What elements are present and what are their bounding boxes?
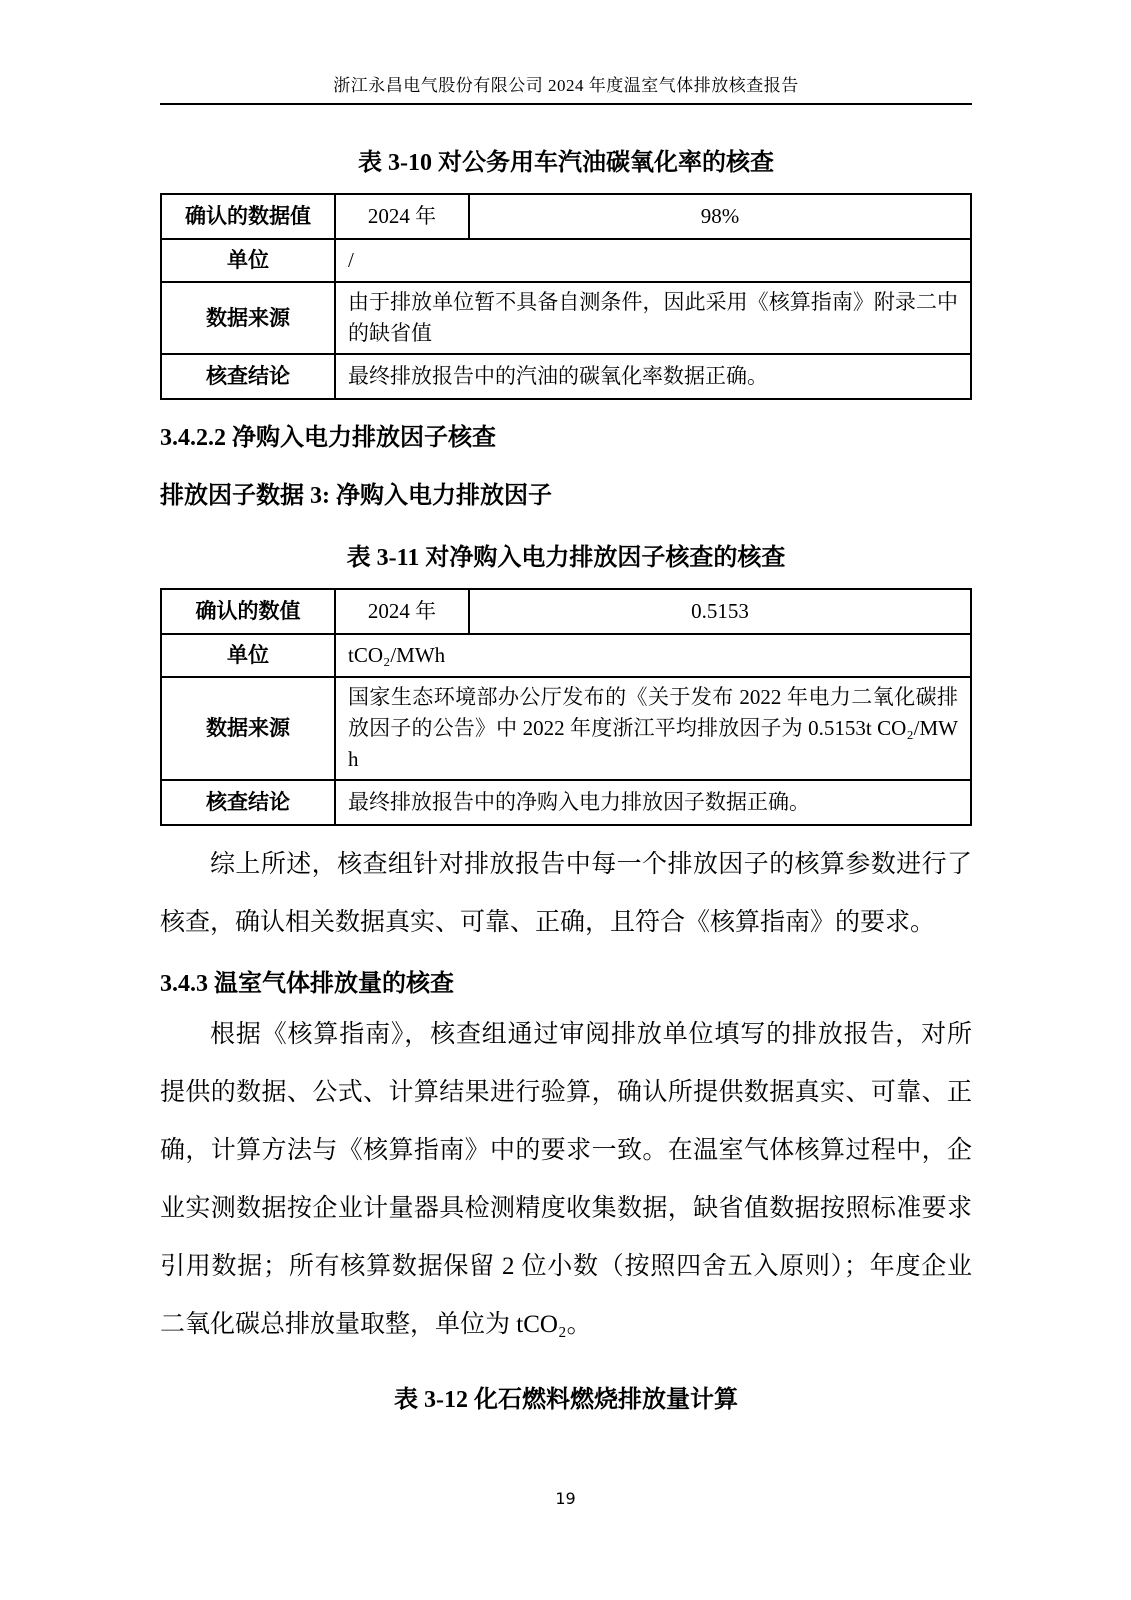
table-3-11: 确认的数值 2024 年 0.5153 单位 tCO₂/MWh 数据来源 国家生… (160, 588, 972, 826)
row-value-cell: 0.5153 (469, 589, 971, 634)
row-label: 数据来源 (161, 282, 335, 354)
page-header-title: 浙江永昌电气股份有限公司 2024 年度温室气体排放核查报告 (333, 76, 799, 95)
table-row: 数据来源 由于排放单位暂不具备自测条件，因此采用《核算指南》附录二中的缺省值 (161, 282, 971, 354)
row-value-cell: tCO₂/MWh (335, 634, 971, 677)
table-3-10-caption: 表 3-10 对公务用车汽油碳氧化率的核查 (160, 147, 972, 179)
row-label: 核查结论 (161, 780, 335, 825)
page-content: 浙江永昌电气股份有限公司 2024 年度温室气体排放核查报告 表 3-10 对公… (160, 0, 972, 1416)
section-heading-3-4-3: 3.4.3 温室气体排放量的核查 (160, 968, 972, 1000)
row-value-cell: 98% (469, 194, 971, 239)
table-3-11-caption: 表 3-11 对净购入电力排放因子核查的核查 (160, 542, 972, 574)
table-3-10: 确认的数据值 2024 年 98% 单位 / 数据来源 由于排放单位暂不具备自测… (160, 193, 972, 400)
method-paragraph: 根据《核算指南》，核查组通过审阅排放单位填写的排放报告，对所提供的数据、公式、计… (160, 1006, 972, 1354)
row-label: 单位 (161, 239, 335, 282)
table-row: 核查结论 最终排放报告中的汽油的碳氧化率数据正确。 (161, 354, 971, 399)
emission-factor-3-heading: 排放因子数据 3: 净购入电力排放因子 (160, 480, 972, 512)
summary-paragraph: 综上所述，核查组针对排放报告中每一个排放因子的核算参数进行了核查，确认相关数据真… (160, 836, 972, 952)
row-label: 单位 (161, 634, 335, 677)
document-page: 浙江永昌电气股份有限公司 2024 年度温室气体排放核查报告 表 3-10 对公… (0, 0, 1131, 1600)
section-heading-3-4-2-2: 3.4.2.2 净购入电力排放因子核查 (160, 422, 972, 454)
table-row: 单位 tCO₂/MWh (161, 634, 971, 677)
table-row: 确认的数据值 2024 年 98% (161, 194, 971, 239)
row-label: 确认的数据值 (161, 194, 335, 239)
table-row: 确认的数值 2024 年 0.5153 (161, 589, 971, 634)
row-label: 数据来源 (161, 677, 335, 780)
table-3-12-caption: 表 3-12 化石燃料燃烧排放量计算 (160, 1384, 972, 1416)
table-row: 单位 / (161, 239, 971, 282)
row-year-cell: 2024 年 (335, 194, 469, 239)
row-value-cell: 最终排放报告中的净购入电力排放因子数据正确。 (335, 780, 971, 825)
row-label: 核查结论 (161, 354, 335, 399)
page-number: 19 (0, 1489, 1131, 1508)
table-row: 数据来源 国家生态环境部办公厅发布的《关于发布 2022 年电力二氧化碳排放因子… (161, 677, 971, 780)
table-row: 核查结论 最终排放报告中的净购入电力排放因子数据正确。 (161, 780, 971, 825)
row-label: 确认的数值 (161, 589, 335, 634)
row-value-cell: 由于排放单位暂不具备自测条件，因此采用《核算指南》附录二中的缺省值 (335, 282, 971, 354)
page-header: 浙江永昌电气股份有限公司 2024 年度温室气体排放核查报告 (160, 0, 972, 105)
row-value-cell: 最终排放报告中的汽油的碳氧化率数据正确。 (335, 354, 971, 399)
row-value-cell: 国家生态环境部办公厅发布的《关于发布 2022 年电力二氧化碳排放因子的公告》中… (335, 677, 971, 780)
row-year-cell: 2024 年 (335, 589, 469, 634)
row-value-cell: / (335, 239, 971, 282)
